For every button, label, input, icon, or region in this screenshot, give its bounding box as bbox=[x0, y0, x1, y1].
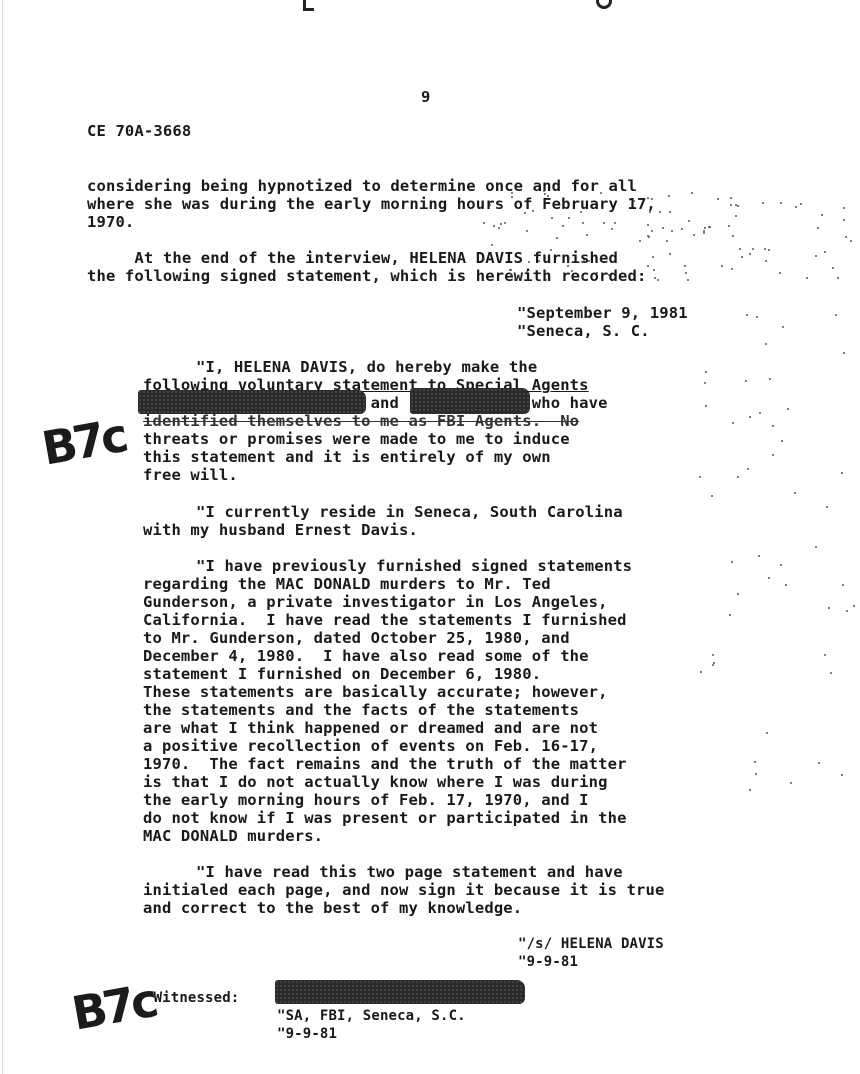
noise-speck bbox=[780, 564, 782, 566]
noise-speck bbox=[737, 205, 739, 207]
p4-line: "I have read this two page statement and… bbox=[196, 863, 623, 881]
noise-speck bbox=[826, 506, 828, 508]
noise-speck bbox=[704, 382, 706, 384]
noise-speck bbox=[780, 202, 782, 204]
p3-line: do not know if I was present or particip… bbox=[143, 809, 627, 827]
noise-speck bbox=[705, 405, 707, 407]
noise-speck bbox=[787, 408, 789, 410]
noise-speck bbox=[735, 215, 737, 217]
p3-line: regarding the MAC DONALD murders to Mr. … bbox=[143, 575, 551, 593]
noise-speck bbox=[732, 235, 734, 237]
noise-speck bbox=[843, 352, 845, 354]
noise-speck bbox=[586, 234, 588, 236]
noise-speck bbox=[754, 761, 756, 763]
noise-speck bbox=[737, 476, 739, 478]
noise-speck bbox=[681, 228, 683, 230]
noise-speck bbox=[551, 217, 553, 219]
noise-speck bbox=[699, 476, 701, 478]
noise-speck bbox=[841, 472, 843, 474]
witness-label: "Witnessed: bbox=[145, 989, 239, 1007]
noise-speck bbox=[562, 225, 564, 227]
noise-speck bbox=[824, 654, 826, 656]
noise-speck bbox=[837, 277, 839, 279]
noise-speck bbox=[545, 279, 547, 281]
witness-date: "9-9-81 bbox=[277, 1025, 337, 1043]
noise-speck bbox=[651, 230, 653, 232]
p3-line: These statements are basically accurate;… bbox=[143, 683, 608, 701]
noise-speck bbox=[583, 259, 585, 261]
p3-line: MAC DONALD murders. bbox=[143, 827, 323, 845]
body-line-3: 1970. bbox=[87, 213, 134, 231]
noise-speck bbox=[491, 244, 493, 246]
noise-speck bbox=[500, 223, 502, 225]
noise-speck bbox=[532, 210, 534, 212]
p3-line: December 4, 1980. I have also read some … bbox=[143, 647, 589, 665]
noise-speck bbox=[568, 217, 570, 219]
noise-speck bbox=[662, 227, 664, 229]
noise-speck bbox=[795, 206, 797, 208]
noise-speck bbox=[731, 561, 733, 563]
noise-speck bbox=[713, 662, 715, 664]
p2-line: with my husband Ernest Davis. bbox=[143, 521, 418, 539]
noise-speck bbox=[708, 226, 710, 228]
body-line-2: where she was during the early morning h… bbox=[87, 195, 656, 213]
noise-speck bbox=[749, 416, 751, 418]
noise-speck bbox=[669, 211, 671, 213]
p1-line: "I, HELENA DAVIS, do hereby make the bbox=[196, 358, 537, 376]
document-page: 9 CE 70A-3668 considering being hypnotiz… bbox=[0, 0, 860, 1074]
noise-speck bbox=[739, 248, 741, 250]
noise-speck bbox=[729, 614, 731, 616]
noise-speck bbox=[730, 197, 732, 199]
noise-speck bbox=[526, 271, 528, 273]
noise-speck bbox=[688, 220, 690, 222]
p1-line: threats or promises were made to me to i… bbox=[143, 430, 570, 448]
statement-date: "September 9, 1981 bbox=[517, 304, 688, 322]
noise-speck bbox=[504, 222, 506, 224]
noise-speck bbox=[830, 672, 832, 674]
noise-speck bbox=[794, 492, 796, 494]
noise-speck bbox=[652, 256, 654, 258]
noise-speck bbox=[747, 468, 749, 470]
noise-speck bbox=[659, 211, 661, 213]
noise-speck bbox=[765, 260, 767, 262]
noise-speck bbox=[817, 227, 819, 229]
p3-line: a positive recollection of events on Feb… bbox=[143, 737, 598, 755]
noise-speck bbox=[511, 192, 513, 194]
noise-speck bbox=[693, 234, 695, 236]
noise-speck bbox=[790, 782, 792, 784]
noise-speck bbox=[596, 272, 598, 274]
exemption-mark-b7c: B7c bbox=[38, 408, 128, 475]
body-line-1: considering being hypnotized to determin… bbox=[87, 177, 637, 195]
redaction-agent-1 bbox=[138, 390, 366, 414]
noise-speck bbox=[712, 654, 714, 656]
noise-speck bbox=[556, 237, 558, 239]
noise-speck bbox=[721, 265, 723, 267]
noise-speck bbox=[835, 314, 837, 316]
noise-speck bbox=[600, 192, 602, 194]
noise-speck bbox=[668, 195, 670, 197]
noise-speck bbox=[571, 270, 573, 272]
redaction-witness bbox=[275, 980, 525, 1004]
noise-speck bbox=[828, 607, 830, 609]
noise-speck bbox=[647, 224, 649, 226]
noise-speck bbox=[493, 225, 495, 227]
noise-speck bbox=[614, 222, 616, 224]
p3-line: California. I have read the statements I… bbox=[143, 611, 627, 629]
p3-line: statement I furnished on December 6, 198… bbox=[143, 665, 541, 683]
noise-speck bbox=[684, 265, 686, 267]
noise-speck bbox=[648, 236, 650, 238]
page-number: 9 bbox=[421, 88, 430, 106]
noise-speck bbox=[843, 219, 845, 221]
noise-speck bbox=[756, 316, 758, 318]
p3-line: "I have previously furnished signed stat… bbox=[196, 557, 632, 575]
noise-speck bbox=[543, 190, 545, 192]
noise-speck bbox=[772, 425, 774, 427]
noise-speck bbox=[815, 546, 817, 548]
body-line-4: At the end of the interview, HELENA DAVI… bbox=[87, 249, 618, 267]
scan-edge bbox=[2, 0, 3, 1074]
scan-mark-left bbox=[303, 0, 314, 11]
p1-line: free will. bbox=[143, 466, 238, 484]
noise-speck bbox=[741, 256, 743, 258]
noise-speck bbox=[639, 240, 641, 242]
p3-line: the early morning hours of Feb. 17, 1970… bbox=[143, 791, 589, 809]
noise-speck bbox=[705, 371, 707, 373]
noise-speck bbox=[700, 671, 702, 673]
noise-speck bbox=[732, 422, 734, 424]
noise-speck bbox=[800, 203, 802, 205]
exemption-mark-b7c-2: B7c bbox=[68, 973, 158, 1040]
noise-speck bbox=[749, 253, 751, 255]
noise-speck bbox=[711, 495, 713, 497]
noise-speck bbox=[647, 265, 649, 267]
noise-speck bbox=[766, 732, 768, 734]
noise-speck bbox=[745, 380, 747, 382]
noise-speck bbox=[818, 762, 820, 764]
noise-speck bbox=[654, 277, 656, 279]
noise-speck bbox=[768, 249, 770, 251]
signature-name: "/s/ HELENA DAVIS bbox=[518, 935, 664, 953]
noise-speck bbox=[768, 577, 770, 579]
noise-speck bbox=[547, 195, 549, 197]
noise-speck bbox=[498, 227, 500, 229]
noise-speck bbox=[483, 222, 485, 224]
p2-line: "I currently reside in Seneca, South Car… bbox=[196, 503, 623, 521]
noise-speck bbox=[666, 240, 668, 242]
noise-speck bbox=[785, 584, 787, 586]
p3-line: the statements and the facts of the stat… bbox=[143, 701, 579, 719]
p3-line: Gunderson, a private investigator in Los… bbox=[143, 593, 608, 611]
noise-speck bbox=[843, 207, 845, 209]
noise-speck bbox=[647, 235, 649, 237]
noise-speck bbox=[669, 253, 671, 255]
noise-speck bbox=[846, 610, 848, 612]
noise-speck bbox=[611, 228, 613, 230]
noise-speck bbox=[764, 248, 766, 250]
redaction-agent-2 bbox=[410, 388, 530, 414]
noise-speck bbox=[781, 440, 783, 442]
noise-speck bbox=[703, 232, 705, 234]
p1-line: this statement and it is entirely of my … bbox=[143, 448, 551, 466]
noise-speck bbox=[779, 272, 781, 274]
noise-speck bbox=[603, 222, 605, 224]
statement-place: "Seneca, S. C. bbox=[517, 322, 650, 340]
noise-speck bbox=[821, 214, 823, 216]
p3-line: 1970. The fact remains and the truth of … bbox=[143, 755, 627, 773]
noise-speck bbox=[653, 269, 655, 271]
signature-date: "9-9-81 bbox=[518, 953, 578, 971]
witness-title: "SA, FBI, Seneca, S.C. bbox=[277, 1007, 466, 1025]
noise-speck bbox=[524, 212, 526, 214]
noise-speck bbox=[762, 202, 764, 204]
noise-speck bbox=[755, 773, 757, 775]
noise-speck bbox=[737, 593, 739, 595]
p1-line: identified themselves to me as FBI Agent… bbox=[143, 412, 579, 430]
noise-speck bbox=[657, 279, 659, 281]
file-number: CE 70A-3668 bbox=[87, 122, 191, 140]
noise-speck bbox=[691, 192, 693, 194]
noise-speck bbox=[782, 326, 784, 328]
noise-speck bbox=[769, 378, 771, 380]
noise-speck bbox=[746, 314, 748, 316]
noise-speck bbox=[772, 454, 774, 456]
noise-speck bbox=[526, 230, 528, 232]
noise-speck bbox=[704, 227, 706, 229]
p4-line: initialed each page, and now sign it bec… bbox=[143, 881, 665, 899]
noise-speck bbox=[749, 789, 751, 791]
noise-speck bbox=[671, 230, 673, 232]
noise-speck bbox=[728, 225, 730, 227]
noise-speck bbox=[815, 255, 817, 257]
p3-line: to Mr. Gunderson, dated October 25, 1980… bbox=[143, 629, 570, 647]
noise-speck bbox=[832, 267, 834, 269]
noise-speck bbox=[752, 248, 754, 250]
noise-speck bbox=[841, 774, 843, 776]
noise-speck bbox=[845, 236, 847, 238]
noise-speck bbox=[712, 664, 714, 666]
p4-line: and correct to the best of my knowledge. bbox=[143, 899, 522, 917]
noise-speck bbox=[731, 268, 733, 270]
p3-line: are what I think happened or dreamed and… bbox=[143, 719, 598, 737]
noise-speck bbox=[824, 251, 826, 253]
noise-speck bbox=[759, 412, 761, 414]
scan-mark-right bbox=[596, 0, 612, 9]
noise-speck bbox=[842, 584, 844, 586]
noise-speck bbox=[853, 605, 855, 607]
noise-speck bbox=[687, 279, 689, 281]
noise-speck bbox=[765, 343, 767, 345]
noise-speck bbox=[806, 277, 808, 279]
noise-speck bbox=[685, 272, 687, 274]
noise-speck bbox=[717, 198, 719, 200]
noise-speck bbox=[758, 555, 760, 557]
noise-speck bbox=[850, 240, 852, 242]
body-line-5: the following signed statement, which is… bbox=[87, 267, 646, 285]
noise-speck bbox=[730, 204, 732, 206]
p3-line: is that I do not actually know where I w… bbox=[143, 773, 608, 791]
noise-speck bbox=[582, 222, 584, 224]
